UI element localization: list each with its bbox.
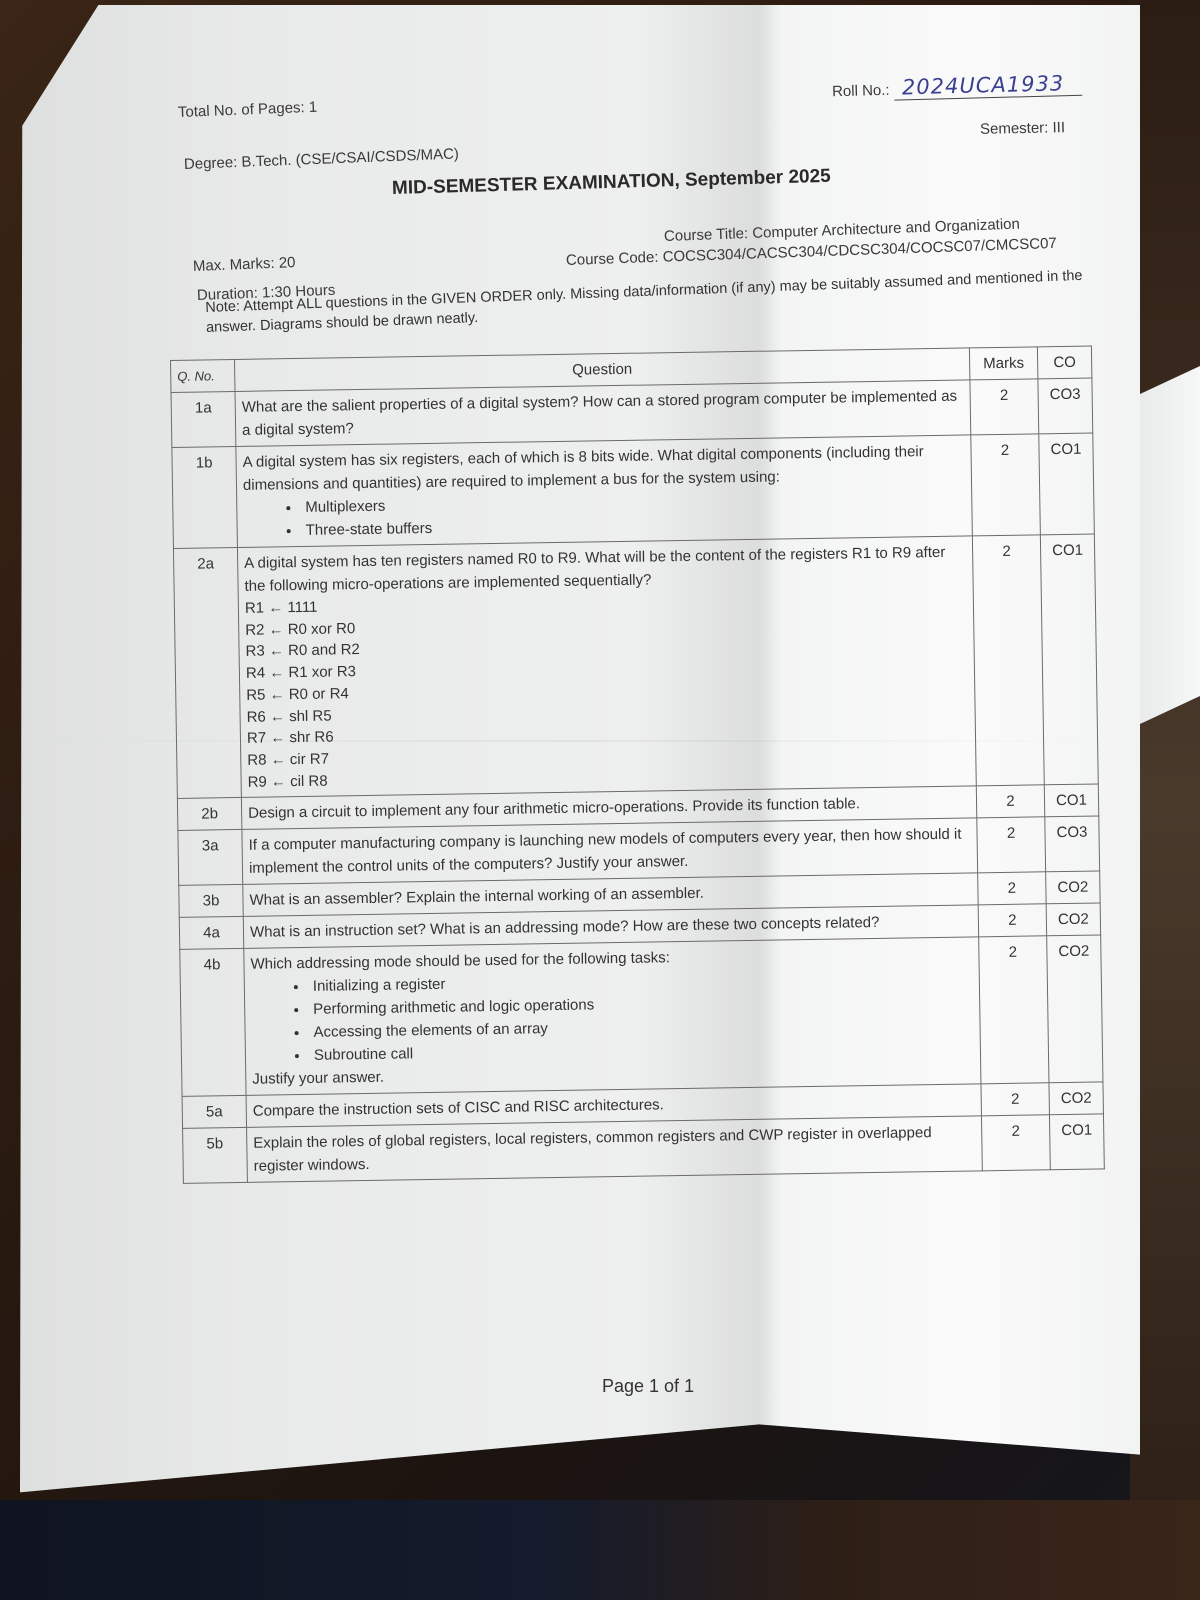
roll-number-field: Roll No.: 2024UCA1933	[832, 71, 1083, 103]
question-cell: A digital system has six registers, each…	[236, 435, 972, 548]
question-marks: 2	[970, 379, 1039, 435]
question-marks: 2	[971, 434, 1041, 536]
course-outcome: CO1	[1044, 784, 1098, 817]
column-header-qno: Q. No.	[171, 359, 235, 392]
question-number: 5b	[183, 1128, 248, 1184]
question-number: 2b	[177, 798, 241, 831]
course-outcome: CO2	[1049, 1082, 1103, 1115]
question-marks: 2	[979, 936, 1049, 1084]
question-number: 1a	[171, 391, 236, 447]
page-number-footer: Page 1 of 1	[602, 1376, 694, 1397]
question-marks: 2	[977, 817, 1046, 873]
question-text: Explain the roles of global registers, l…	[247, 1116, 983, 1183]
question-number: 3a	[178, 830, 243, 886]
question-cell: Which addressing mode should be used for…	[244, 937, 981, 1096]
exam-title: MID-SEMESTER EXAMINATION, September 2025	[392, 166, 831, 200]
course-outcome: CO2	[1046, 903, 1100, 936]
question-number: 2a	[173, 547, 241, 798]
question-marks: 2	[981, 1115, 1050, 1171]
table-row: 1b A digital system has six registers, e…	[172, 433, 1094, 548]
question-number: 5a	[182, 1096, 246, 1129]
course-outcome: CO2	[1046, 871, 1100, 904]
questions-table: Q. No. Question Marks CO 1a What are the…	[170, 346, 1105, 1185]
max-marks-label: Max. Marks: 20	[193, 254, 296, 275]
roll-number-label: Roll No.:	[832, 82, 890, 101]
exam-instructions-note: Note: Attempt ALL questions in the GIVEN…	[205, 265, 1106, 338]
question-marks: 2	[981, 1083, 1049, 1116]
semester-label: Semester: III	[980, 119, 1065, 138]
question-marks: 2	[978, 904, 1046, 937]
column-header-marks: Marks	[969, 347, 1037, 380]
course-outcome: CO3	[1038, 378, 1093, 434]
total-pages-label: Total No. of Pages: 1	[178, 99, 318, 121]
course-outcome: CO1	[1049, 1114, 1104, 1170]
question-marks: 2	[976, 785, 1044, 818]
question-marks: 2	[978, 872, 1046, 905]
table-row: 2a A digital system has ten registers na…	[173, 534, 1098, 799]
question-number: 4b	[180, 949, 246, 1097]
question-number: 1b	[172, 446, 238, 548]
question-cell: A digital system has ten registers named…	[237, 536, 976, 798]
bullet-list: Initializing a register Performing arith…	[251, 965, 974, 1068]
question-number: 3b	[179, 885, 243, 918]
question-number: 4a	[179, 917, 243, 950]
exam-paper-content: Total No. of Pages: 1 Degree: B.Tech. (C…	[0, 0, 1200, 1600]
questions-table-wrapper: Q. No. Question Marks CO 1a What are the…	[170, 346, 1105, 1185]
question-marks: 2	[972, 535, 1044, 786]
table-row: 4b Which addressing mode should be used …	[180, 935, 1103, 1096]
roll-number-value: 2024UCA1933	[894, 71, 1083, 101]
column-header-co: CO	[1037, 346, 1091, 379]
course-outcome: CO3	[1045, 816, 1100, 872]
degree-label: Degree: B.Tech. (CSE/CSAI/CSDS/MAC)	[184, 145, 460, 173]
course-outcome: CO1	[1040, 534, 1098, 785]
course-code-label: Course Code: COCSC304/CACSC304/CDCSC304/…	[566, 235, 1057, 269]
course-outcome: CO2	[1047, 935, 1103, 1083]
course-outcome: CO1	[1039, 433, 1095, 535]
